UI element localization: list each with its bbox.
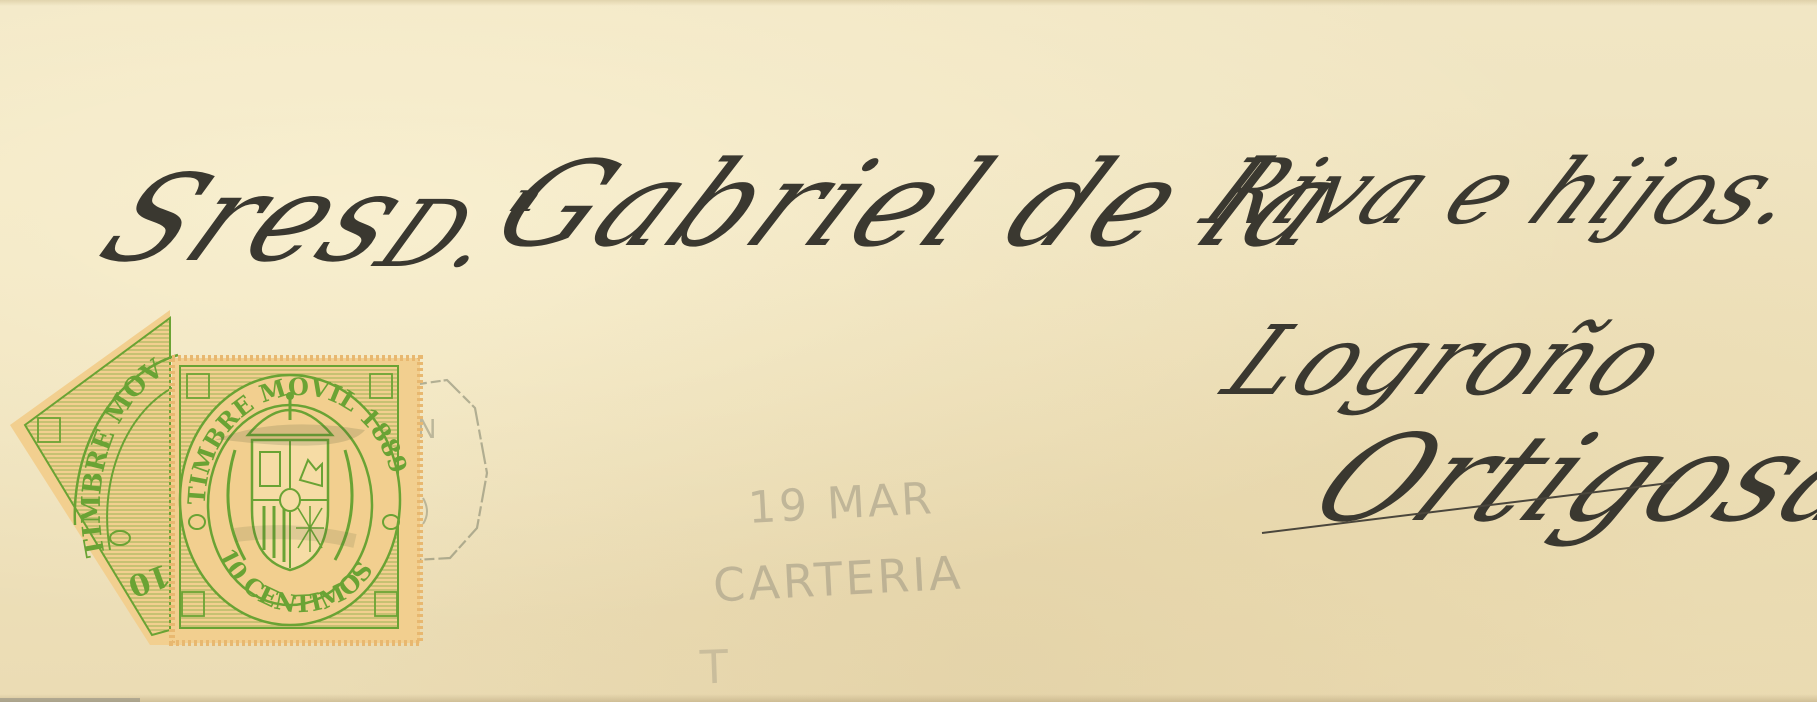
address-town: Ortigosa [1285, 410, 1817, 549]
paper-top-edge [0, 0, 1817, 6]
address-name-continued: Riva e hijos. [1185, 140, 1817, 245]
main-stamp: TIMBRE MOVIL 1889 10 CENTIMOS [172, 358, 420, 643]
pencil-note-3: T [699, 639, 732, 694]
address-city: Logroño [1205, 305, 1690, 417]
postal-cover: Sres D.n Gabriel de la Riva e hijos. Log… [0, 0, 1817, 702]
revenue-stamps: TIMBRE MOVI 10 TIMBRE MOVIL 1889 10 CENT… [0, 300, 500, 702]
pencil-note-carteria: CARTERIA [712, 545, 965, 612]
pencil-note-date: 19 MAR [747, 473, 936, 534]
